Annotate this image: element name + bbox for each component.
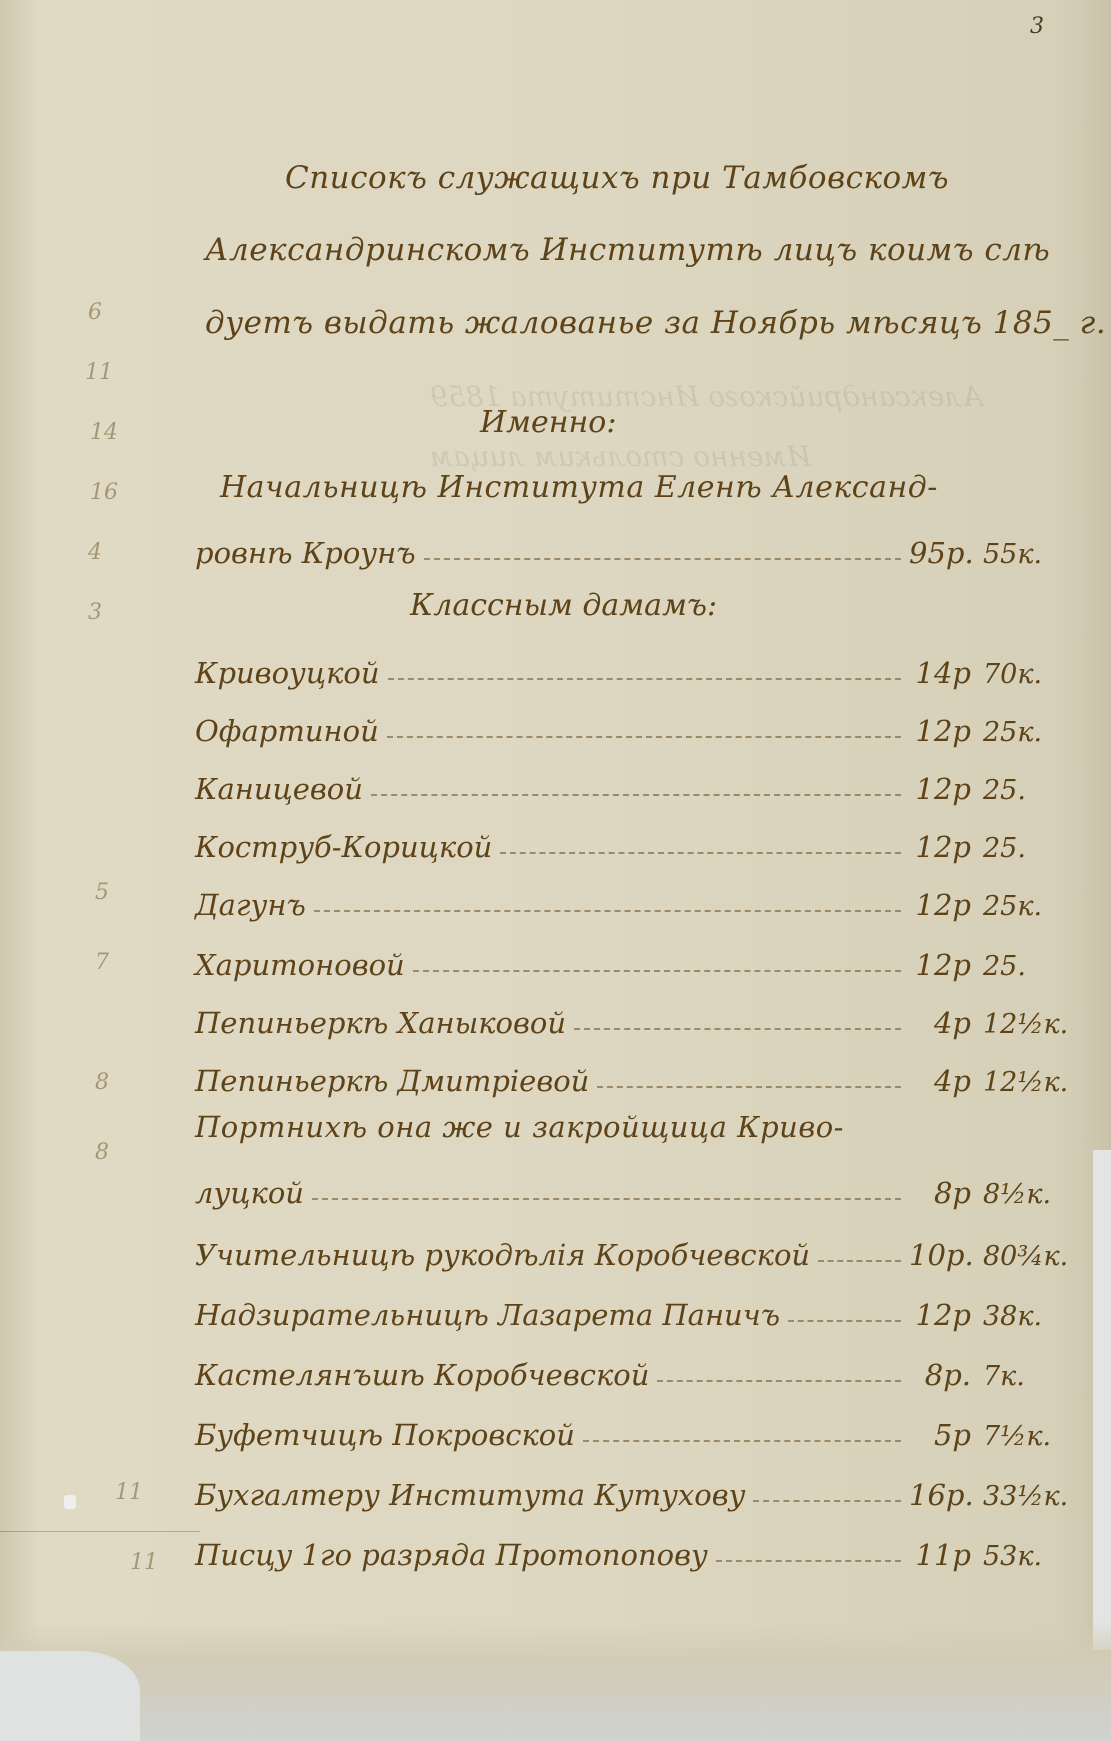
entry-kopeks: 80¾к. (971, 1241, 1075, 1272)
manuscript-page: Александрийского Института 1859 Именно с… (0, 0, 1111, 1741)
dotted-leader (657, 1380, 901, 1382)
dotted-leader (753, 1500, 901, 1502)
entry-rubles: 8р. (909, 1358, 971, 1392)
dotted-leader (500, 852, 901, 854)
entry-name: Буфетчицѣ Покровской (195, 1418, 575, 1452)
margin-mark: 7 (95, 950, 109, 975)
entry-kopeks: 25. (971, 775, 1075, 806)
dotted-leader (314, 910, 901, 912)
entry-kopeks: 25. (971, 833, 1075, 864)
entry-rubles: 12р (909, 948, 971, 982)
entry-name: ровнѣ Кроунъ (195, 536, 416, 570)
entry-name: Кривоуцкой (195, 656, 380, 690)
entry-name: Бухгалтеру Института Кутухову (195, 1478, 745, 1512)
entry-name: Пепиньеркѣ Ханыковой (195, 1006, 566, 1040)
entry-rubles: 11р (909, 1538, 971, 1572)
margin-mark: 11 (130, 1550, 158, 1575)
entry-rubles: 16р. (909, 1478, 971, 1512)
entry-kopeks: 53к. (971, 1541, 1075, 1572)
folio-number: 3 (1030, 14, 1044, 39)
section-namely: Именно: (480, 405, 616, 440)
dotted-leader (413, 970, 901, 972)
entry-rubles: 4р (909, 1064, 971, 1098)
dotted-leader (312, 1198, 901, 1200)
dotted-leader (597, 1086, 901, 1088)
table-row: Дагунъ 12р 25к. (195, 872, 1075, 922)
dotted-leader (788, 1320, 901, 1322)
entry-kopeks: 55к. (971, 539, 1075, 570)
table-row: Кривоуцкой 14р 70к. (195, 640, 1075, 690)
margin-mark: 8 (95, 1140, 109, 1165)
table-row: Надзирательницѣ Лазарета Паничъ 12р 38к. (195, 1282, 1075, 1332)
entry-rubles: 4р (909, 1006, 971, 1040)
dotted-leader (371, 794, 901, 796)
section-class-ladies: Классным дамамъ: (410, 588, 717, 623)
entry-rubles: 12р (909, 772, 971, 806)
table-row: Кастелянъшѣ Коробчевской 8р. 7к. (195, 1342, 1075, 1392)
margin-mark: 14 (90, 420, 118, 445)
torn-right-edge (1093, 1150, 1111, 1650)
table-row: Бухгалтеру Института Кутухову 16р. 33½к. (195, 1462, 1075, 1512)
entry-rubles: 12р (909, 714, 971, 748)
entry-kopeks: 12½к. (971, 1009, 1075, 1040)
entry-rubles: 12р (909, 888, 971, 922)
entry-kopeks: 25к. (971, 891, 1075, 922)
torn-corner (0, 1651, 140, 1741)
table-row: Буфетчицѣ Покровской 5р 7½к. (195, 1402, 1075, 1452)
entry-kopeks: 7к. (971, 1361, 1075, 1392)
dotted-leader (716, 1560, 901, 1562)
table-row: Коструб-Корицкой 12р 25. (195, 814, 1075, 864)
table-row: Каницевой 12р 25. (195, 756, 1075, 806)
director-entry-line1: Начальницѣ Института Еленѣ Александ- (220, 470, 938, 505)
entry-kopeks: 33½к. (971, 1481, 1075, 1512)
entry-name: Коструб-Корицкой (195, 830, 492, 864)
entry-rubles: 95р. (909, 536, 971, 570)
table-row: Писцу 1го разряда Протопопову 11р 53к. (195, 1522, 1075, 1572)
entry-kopeks: 25к. (971, 717, 1075, 748)
entry-name: Пепиньеркѣ Дмитріевой (195, 1064, 589, 1098)
entry-name: Надзирательницѣ Лазарета Паничъ (195, 1298, 780, 1332)
entry-name: Кастелянъшѣ Коробчевской (195, 1358, 649, 1392)
table-row: Офартиной 12р 25к. (195, 698, 1075, 748)
margin-mark: 4 (88, 540, 102, 565)
dotted-leader (818, 1260, 901, 1262)
title-line-3: дуетъ выдать жалованье за Ноябрь мѣсяцъ … (205, 305, 1106, 341)
binding-hole (64, 1495, 76, 1509)
entry-name: Каницевой (195, 772, 363, 806)
entry-name: Учительницѣ рукодѣлія Коробчевской (195, 1238, 810, 1272)
entry-rubles: 12р (909, 830, 971, 864)
margin-mark: 3 (88, 600, 102, 625)
entry-kopeks: 7½к. (971, 1421, 1075, 1452)
entry-rubles: 14р (909, 656, 971, 690)
title-line-1: Списокъ служащихъ при Тамбовскомъ (285, 160, 949, 196)
table-row: Пепиньеркѣ Ханыковой 4р 12½к. (195, 990, 1075, 1040)
dotted-leader (583, 1440, 901, 1442)
dotted-leader (388, 678, 901, 680)
dotted-leader (424, 558, 901, 560)
margin-mark: 11 (85, 360, 113, 385)
title-line-2: Александринскомъ Институтѣ лицъ коимъ сл… (205, 232, 1050, 268)
seamstress-entry-line1: Портнихѣ она же и закройщица Криво- (195, 1110, 844, 1144)
entry-kopeks: 12½к. (971, 1067, 1075, 1098)
table-row: Пепиньеркѣ Дмитріевой 4р 12½к. (195, 1048, 1075, 1098)
entry-kopeks: 8½к. (971, 1179, 1075, 1210)
entry-rubles: 12р (909, 1298, 971, 1332)
margin-mark: 16 (90, 480, 118, 505)
table-row: Харитоновой 12р 25. (195, 932, 1075, 982)
margin-mark: 5 (95, 880, 109, 905)
entry-rubles: 8р (909, 1176, 971, 1210)
margin-mark: 8 (95, 1070, 109, 1095)
entry-kopeks: 70к. (971, 659, 1075, 690)
entry-name: Харитоновой (195, 948, 405, 982)
entry-rubles: 5р (909, 1418, 971, 1452)
entry-kopeks: 38к. (971, 1301, 1075, 1332)
margin-mark: 11 (115, 1480, 143, 1505)
table-row: Учительницѣ рукодѣлія Коробчевской 10р. … (195, 1222, 1075, 1272)
bleed-through-text: Именно стольким лицам (430, 440, 811, 473)
entry-name: Писцу 1го разряда Протопопову (195, 1538, 708, 1572)
director-entry-row: ровнѣ Кроунъ 95р. 55к. (195, 520, 1075, 570)
entry-name: Дагунъ (195, 888, 306, 922)
dotted-leader (387, 736, 901, 738)
torn-bottom-edge (0, 1621, 1111, 1741)
dotted-leader (574, 1028, 901, 1030)
entry-name: луцкой (195, 1176, 304, 1210)
fold-line (0, 1531, 200, 1532)
entry-rubles: 10р. (909, 1238, 971, 1272)
entry-name: Офартиной (195, 714, 379, 748)
margin-mark: 6 (88, 300, 102, 325)
entry-kopeks: 25. (971, 951, 1075, 982)
seamstress-entry-row: луцкой 8р 8½к. (195, 1160, 1075, 1210)
